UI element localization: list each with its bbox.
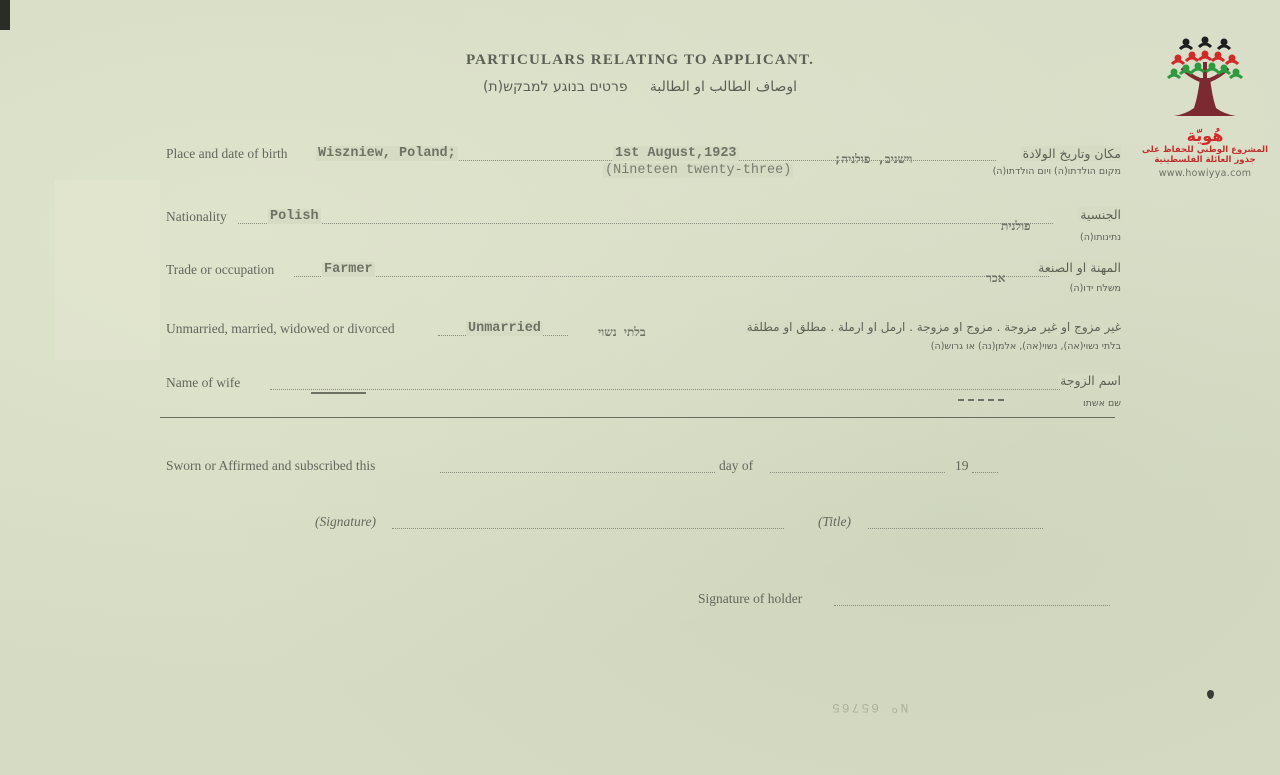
wife-dotted-line (270, 389, 1060, 390)
nationality-label-hebrew: נתינותו(ה) (1080, 232, 1121, 243)
occupation-value-hebrew: אכר (986, 271, 1005, 286)
year-prefix: 19 (955, 458, 969, 474)
signature-dotted-line[interactable] (392, 528, 784, 529)
subtitle-hebrew: פרטים בנוגע למבקש(ת) (483, 79, 628, 95)
nationality-label-arabic: الجنسية (1078, 207, 1121, 222)
title-label: (Title) (818, 514, 851, 530)
year-dotted-line[interactable] (972, 472, 998, 473)
holder-signature-label: Signature of holder (698, 591, 802, 607)
month-dotted-line[interactable] (770, 472, 945, 473)
wife-label-arabic: اسم الزوجة (1058, 373, 1121, 388)
page-subtitle: اوصاف الطالب او الطالبة פרטים בנוגע למבק… (0, 79, 1280, 95)
subtitle-arabic: اوصاف الطالب او الطالبة (650, 79, 797, 95)
section-divider (160, 417, 1115, 418)
marital-value[interactable]: Unmarried (466, 321, 543, 336)
birth-place-value[interactable]: Wiszniew, Poland; (316, 146, 458, 161)
marital-label-arabic: غير مزوج او غير مزوجة . مزوج او مزوجة . … (745, 320, 1121, 334)
occupation-label-arabic: المهنة او الصنعة (1036, 260, 1121, 275)
logo-name-arabic: هُويّة (1140, 126, 1270, 145)
marital-label: Unmarried, married, widowed or divorced (166, 321, 395, 337)
occupation-dotted-line (294, 276, 1049, 277)
birth-date-value[interactable]: 1st August,1923 (613, 146, 739, 161)
faint-serial-bleedthrough: Nº 65765 (830, 700, 908, 715)
holder-signature-dotted-line[interactable] (834, 605, 1110, 606)
nationality-value-hebrew: פולנית (1001, 219, 1031, 234)
wife-value-dash[interactable] (311, 392, 366, 394)
field-wife: Name of wife اسم الزوجة שם אשתו (166, 375, 1121, 415)
nationality-label: Nationality (166, 209, 227, 225)
occupation-label-hebrew: משלח ידו(ה) (1070, 283, 1121, 294)
marital-value-hebrew: בלתי נשוי (598, 325, 646, 340)
nationality-value[interactable]: Polish (268, 209, 321, 224)
logo-url[interactable]: www.howiyya.com (1140, 168, 1270, 179)
bleed-through-area (55, 180, 160, 360)
day-of-label: day of (719, 458, 753, 474)
page-title: PARTICULARS RELATING TO APPLICANT. (0, 52, 1280, 69)
occupation-label: Trade or occupation (166, 262, 274, 278)
birth-value-hebrew: וישניב, פולניה; (834, 152, 912, 167)
family-tree-icon (1160, 36, 1250, 126)
birth-date-words[interactable]: (Nineteen twenty-three) (603, 163, 793, 178)
birth-label-hebrew: מקום הולדתו(ה) ויום הולדתו(ה) (993, 166, 1121, 177)
field-occupation: Trade or occupation Farmer المهنة او الص… (166, 262, 1121, 302)
wife-label: Name of wife (166, 375, 240, 391)
signature-label: (Signature) (315, 514, 376, 530)
logo-tagline-2: جذور العائلة الفلسطينية (1140, 155, 1270, 165)
field-birth: Place and date of birth Wiszniew, Poland… (166, 146, 1121, 186)
howiyya-logo: هُويّة المشروع الوطني للحفاظ على جذور ال… (1140, 36, 1270, 179)
ink-spot (1207, 690, 1214, 699)
sworn-label: Sworn or Affirmed and subscribed this (166, 458, 375, 474)
title-dotted-line[interactable] (868, 528, 1043, 529)
marital-label-hebrew: בלתי נשוי(אה), נשוי(אה), אלמן(נה) או גרו… (931, 341, 1121, 352)
logo-tagline-1: المشروع الوطني للحفاظ على (1140, 145, 1270, 155)
birth-label: Place and date of birth (166, 146, 287, 162)
birth-label-arabic: مكان وتاريخ الولادة (1021, 146, 1121, 161)
nationality-dotted-line (238, 223, 1053, 224)
wife-value-hebrew-dash (958, 399, 1004, 401)
wife-label-hebrew: שם אשתו (1083, 398, 1121, 409)
field-marital-status: Unmarried, married, widowed or divorced … (166, 321, 1121, 361)
sworn-day-dotted-line[interactable] (440, 472, 715, 473)
scan-edge-mark (0, 0, 10, 30)
document-header: PARTICULARS RELATING TO APPLICANT. اوصاف… (0, 52, 1280, 95)
occupation-value[interactable]: Farmer (322, 262, 375, 277)
field-nationality: Nationality Polish الجنسية פולנית נתינות… (166, 209, 1121, 249)
